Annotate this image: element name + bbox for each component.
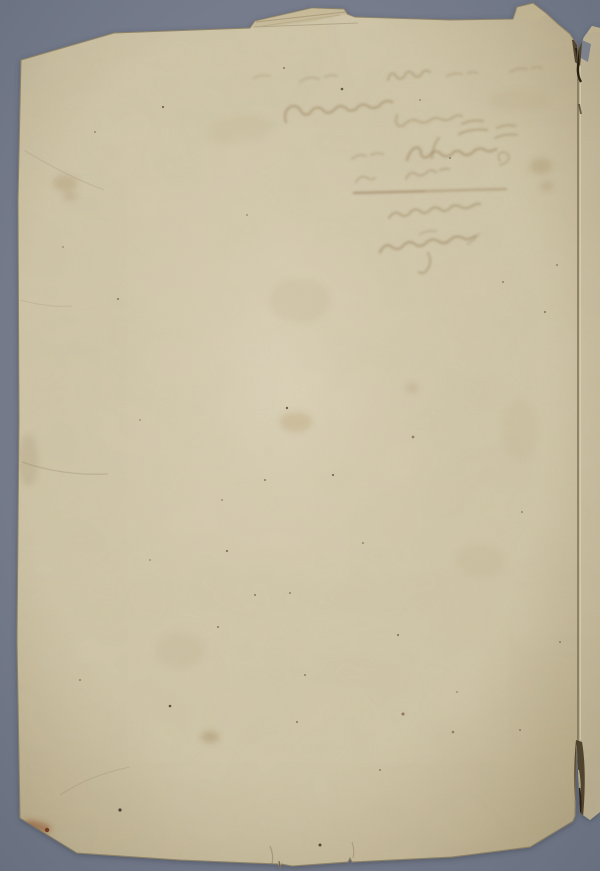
- speck: [319, 844, 322, 847]
- speck: [221, 499, 223, 501]
- speck: [169, 705, 172, 708]
- speck: [289, 592, 291, 594]
- speck: [449, 157, 451, 159]
- stain: [154, 632, 206, 668]
- speck: [254, 594, 256, 596]
- speck: [264, 479, 266, 481]
- speck: [332, 474, 334, 476]
- stain: [201, 731, 219, 743]
- stain: [540, 181, 554, 191]
- speck: [79, 679, 81, 681]
- speck: [217, 626, 219, 628]
- stain: [530, 158, 552, 174]
- speck: [139, 419, 141, 421]
- speck: [117, 298, 119, 300]
- stain: [405, 383, 419, 393]
- speck: [62, 246, 64, 248]
- speck: [521, 511, 523, 513]
- stain: [490, 90, 550, 110]
- speck: [519, 729, 521, 731]
- speck: [362, 542, 364, 544]
- manuscript-scan-svg: [0, 0, 600, 871]
- speck: [341, 88, 344, 91]
- speck: [452, 731, 455, 734]
- speck: [246, 214, 248, 216]
- speck: [94, 131, 96, 133]
- speck: [456, 691, 458, 693]
- speck: [402, 713, 405, 716]
- speck: [412, 436, 415, 439]
- stain: [280, 412, 312, 432]
- bleed-stroke: [354, 191, 424, 193]
- speck: [296, 721, 298, 723]
- speck: [162, 106, 164, 108]
- stain: [502, 400, 538, 460]
- speck: [286, 407, 288, 409]
- scanned-document: [0, 0, 600, 871]
- stain: [63, 191, 77, 201]
- speck: [419, 99, 421, 101]
- speck: [556, 264, 558, 266]
- stain: [53, 175, 77, 191]
- speck: [544, 311, 546, 313]
- speck: [502, 281, 504, 283]
- speck: [118, 808, 121, 811]
- speck: [45, 828, 49, 832]
- speck: [379, 769, 381, 771]
- stain: [456, 544, 504, 576]
- speck: [149, 559, 151, 561]
- speck: [226, 550, 228, 552]
- stain: [18, 434, 38, 486]
- speck: [559, 641, 561, 643]
- stain: [270, 278, 330, 322]
- speck: [304, 674, 306, 676]
- speck: [397, 634, 399, 636]
- paper-surface: [0, 0, 600, 871]
- speck: [283, 67, 285, 69]
